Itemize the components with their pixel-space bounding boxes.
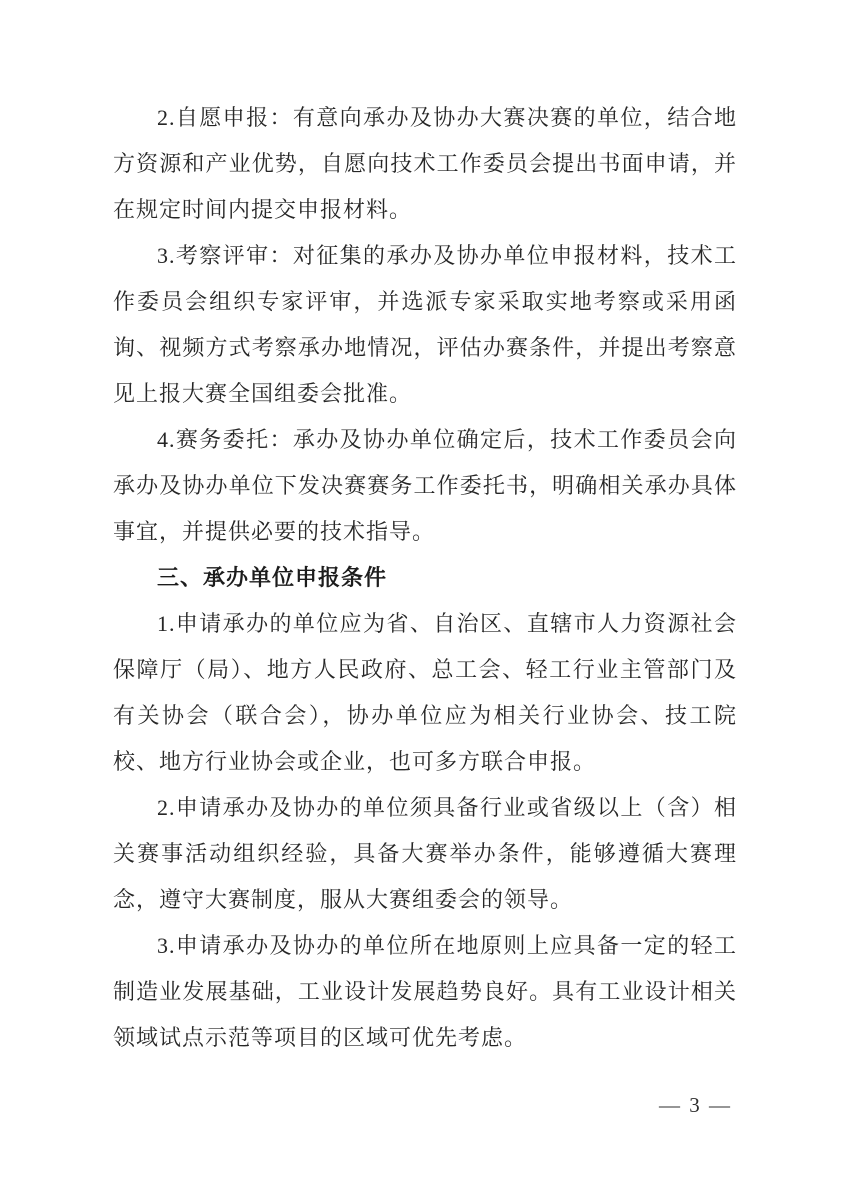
paragraph-competition-entrustment: 4.赛务委托：承办及协办单位确定后，技术工作委员会向承办及协办单位下发决赛赛务工… xyxy=(113,417,737,555)
paragraph-condition-1: 1.申请承办的单位应为省、自治区、直辖市人力资源社会保障厅（局）、地方人民政府、… xyxy=(113,601,737,785)
paragraph-voluntary-application: 2.自愿申报：有意向承办及协办大赛决赛的单位，结合地方资源和产业优势，自愿向技术… xyxy=(113,95,737,233)
document-body: 2.自愿申报：有意向承办及协办大赛决赛的单位，结合地方资源和产业优势，自愿向技术… xyxy=(113,95,737,1061)
paragraph-condition-3: 3.申请承办及协办的单位所在地原则上应具备一定的轻工制造业发展基础，工业设计发展… xyxy=(113,923,737,1061)
section-heading-application-conditions: 三、承办单位申报条件 xyxy=(113,555,737,601)
document-page: 2.自愿申报：有意向承办及协办大赛决赛的单位，结合地方资源和产业优势，自愿向技术… xyxy=(0,0,848,1200)
paragraph-inspection-review: 3.考察评审：对征集的承办及协办单位申报材料，技术工作委员会组织专家评审，并选派… xyxy=(113,233,737,417)
paragraph-condition-2: 2.申请承办及协办的单位须具备行业或省级以上（含）相关赛事活动组织经验，具备大赛… xyxy=(113,785,737,923)
page-number: — 3 — xyxy=(659,1091,732,1119)
